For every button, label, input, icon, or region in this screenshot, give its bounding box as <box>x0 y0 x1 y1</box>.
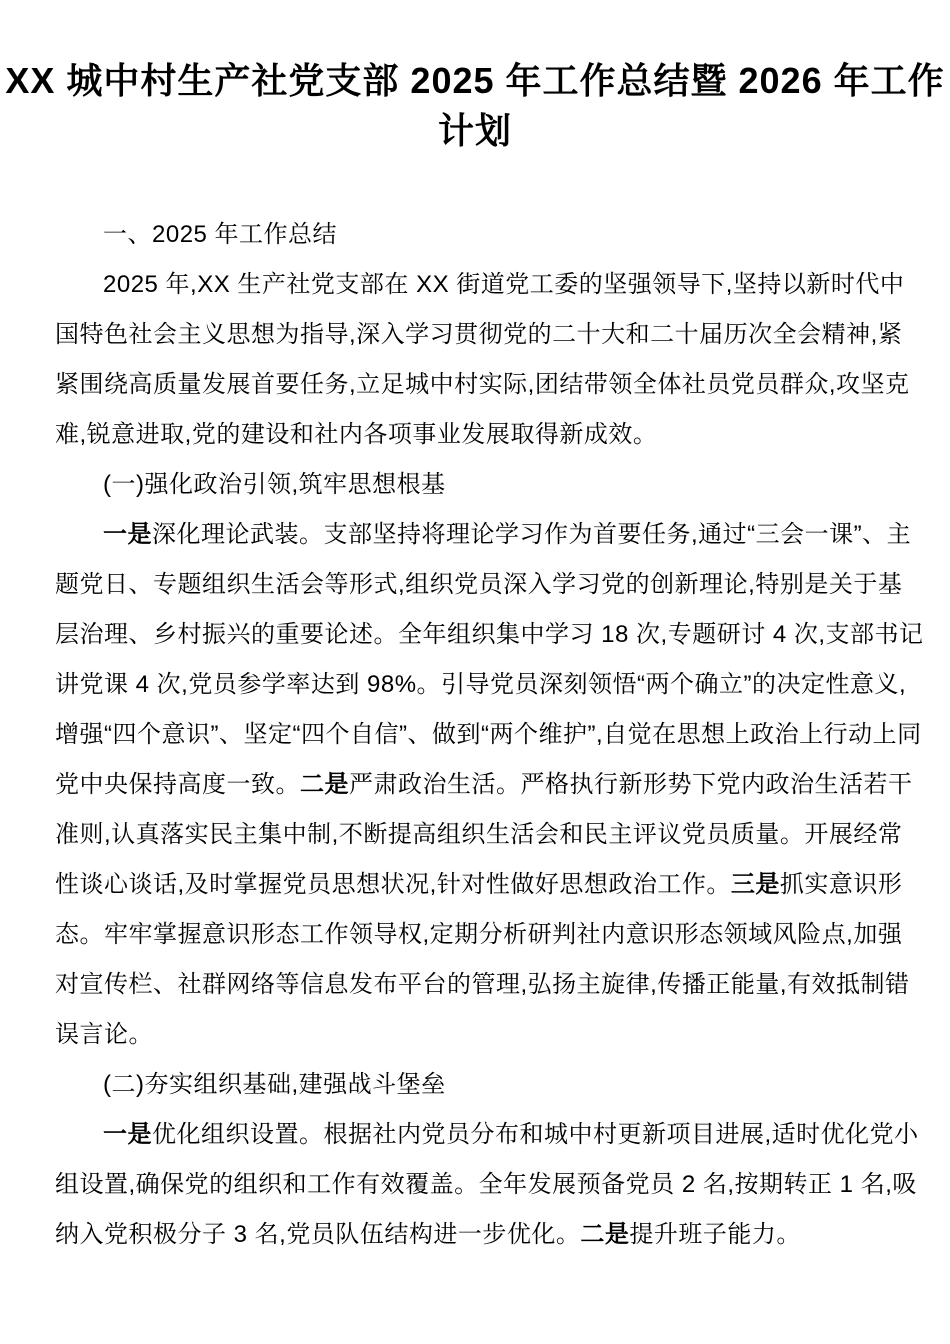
section-heading: 一、2025 年工作总结 <box>55 210 925 260</box>
body-paragraph: 一是深化理论武装。支部坚持将理论学习作为首要任务,通过“三会一课”、主题党日、专… <box>55 510 925 1060</box>
text-run: (一)强化政治引领,筑牢思想根基 <box>103 471 446 498</box>
text-run: 深化理论武装。支部坚持将理论学习作为首要任务,通过“三会一课”、主题党日、专题组… <box>55 521 924 798</box>
section-heading: (二)夯实组织基础,建强战斗堡垒 <box>55 1060 925 1110</box>
text-run: 一、2025 年工作总结 <box>103 221 337 248</box>
text-run: 2025 年,XX 生产社党支部在 XX 街道党工委的坚强领导下,坚持以新时代中… <box>55 271 910 448</box>
document-body: 一、2025 年工作总结2025 年,XX 生产社党支部在 XX 街道党工委的坚… <box>55 210 925 1260</box>
text-run: (二)夯实组织基础,建强战斗堡垒 <box>103 1071 446 1098</box>
bold-run: 二是 <box>300 771 349 798</box>
section-heading: (一)强化政治引领,筑牢思想根基 <box>55 460 925 510</box>
document-title: XX 城中村生产社党支部 2025 年工作总结暨 2026 年工作计划 <box>0 56 950 156</box>
body-paragraph: 一是优化组织设置。根据社内党员分布和城中村更新项目进展,适时优化党小组设置,确保… <box>55 1110 925 1260</box>
document-page: XX 城中村生产社党支部 2025 年工作总结暨 2026 年工作计划 一、20… <box>0 0 950 1344</box>
text-run: 提升班子能力。 <box>629 1221 801 1248</box>
bold-run: 二是 <box>580 1221 629 1248</box>
body-paragraph: 2025 年,XX 生产社党支部在 XX 街道党工委的坚强领导下,坚持以新时代中… <box>55 260 925 460</box>
bold-run: 一是 <box>103 521 152 548</box>
bold-run: 三是 <box>731 871 780 898</box>
bold-run: 一是 <box>103 1121 152 1148</box>
